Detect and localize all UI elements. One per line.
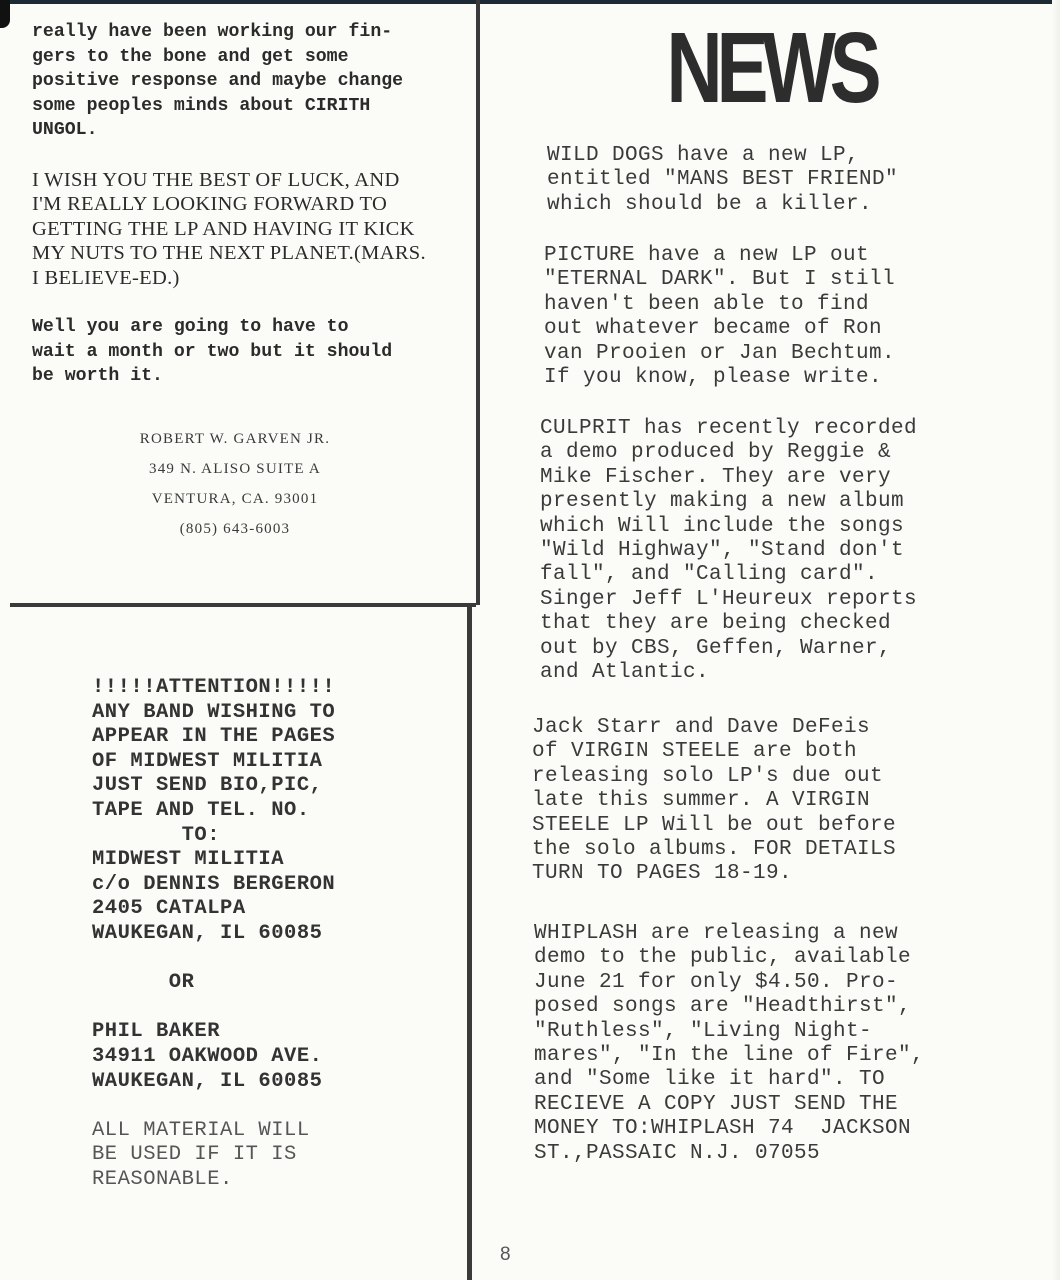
text-line: and "Some like it hard". TO xyxy=(534,1068,924,1092)
text-line: mares", "In the line of Fire", xyxy=(534,1044,924,1068)
text-line: a demo produced by Reggie & xyxy=(540,441,917,465)
text-line: I BELIEVE-ED.) xyxy=(32,266,426,291)
text-line: "Ruthless", "Living Night- xyxy=(534,1020,924,1044)
text-line: Singer Jeff L'Heureux reports xyxy=(540,588,917,612)
text-line: out by CBS, Geffen, Warner, xyxy=(540,637,917,661)
page-top-edge xyxy=(0,0,1060,4)
letter-text: really have been working our fin- gers t… xyxy=(32,20,426,389)
text-line: releasing solo LP's due out xyxy=(532,765,896,789)
text-line: haven't been able to find xyxy=(544,293,895,317)
text-line: PICTURE have a new LP out xyxy=(544,244,895,268)
text-line: really have been working our fin- xyxy=(32,20,426,45)
text-line: posed songs are "Headthirst", xyxy=(534,995,924,1019)
text-line: WILD DOGS have a new LP, xyxy=(547,144,898,168)
address-line: MIDWEST MILITIA xyxy=(92,848,335,873)
text-line: STEELE LP Will be out before xyxy=(532,814,896,838)
text-line: that they are being checked xyxy=(540,612,917,636)
news-item-whiplash: WHIPLASH are releasing a newdemo to the … xyxy=(534,922,924,1166)
text-line: GETTING THE LP AND HAVING IT KICK xyxy=(32,217,426,242)
text-line: TURN TO PAGES 18-19. xyxy=(532,862,896,886)
text-line: be worth it. xyxy=(32,364,426,389)
signature-street: 349 N. ALISO SUITE A xyxy=(0,454,470,484)
address-line: WAUKEGAN, IL 60085 xyxy=(92,1070,335,1095)
text-line: OF MIDWEST MILITIA xyxy=(92,750,335,775)
news-item-culprit: CULPRIT has recently recordeda demo prod… xyxy=(540,417,917,685)
letter-paragraph-1: really have been working our fin- gers t… xyxy=(32,20,426,143)
text-line: MY NUTS TO THE NEXT PLANET.(MARS. xyxy=(32,241,426,266)
text-line: gers to the bone and get some xyxy=(32,45,426,70)
to-label: TO: xyxy=(92,824,335,849)
text-line: TAPE AND TEL. NO. xyxy=(92,799,335,824)
news-item-virgin-steele: Jack Starr and Dave DeFeisof VIRGIN STEE… xyxy=(532,716,896,887)
text-line: WHIPLASH are releasing a new xyxy=(534,922,924,946)
text-line: June 21 for only $4.50. Pro- xyxy=(534,971,924,995)
signature-name: ROBERT W. GARVEN JR. xyxy=(0,424,470,454)
text-line: which should be a killer. xyxy=(547,193,898,217)
text-line: presently making a new album xyxy=(540,490,917,514)
letter-paragraph-2: I WISH YOU THE BEST OF LUCK, AND I'M REA… xyxy=(32,168,426,291)
or-label: OR xyxy=(92,971,335,996)
text-line: Well you are going to have to xyxy=(32,315,426,340)
signature-block: ROBERT W. GARVEN JR. 349 N. ALISO SUITE … xyxy=(0,424,470,544)
text-line: some peoples minds about CIRITH xyxy=(32,94,426,119)
text-line: "ETERNAL DARK". But I still xyxy=(544,268,895,292)
footer-line: BE USED IF IT IS xyxy=(92,1143,335,1168)
column-divider-upper xyxy=(476,0,480,605)
text-line: the solo albums. FOR DETAILS xyxy=(532,838,896,862)
text-line: fall", and "Calling card". xyxy=(540,563,917,587)
news-item-wild-dogs: WILD DOGS have a new LP,entitled "MANS B… xyxy=(547,144,898,217)
column-divider-lower xyxy=(467,605,472,1280)
page-right-edge xyxy=(1052,0,1060,1280)
address-line: c/o DENNIS BERGERON xyxy=(92,873,335,898)
text-line: I'M REALLY LOOKING FORWARD TO xyxy=(32,192,426,217)
letter-paragraph-3: Well you are going to have to wait a mon… xyxy=(32,315,426,389)
text-line: I WISH YOU THE BEST OF LUCK, AND xyxy=(32,168,426,193)
page-number: 8 xyxy=(500,1244,511,1266)
section-divider xyxy=(10,603,476,607)
text-line: JUST SEND BIO,PIC, xyxy=(92,774,335,799)
address-line: 2405 CATALPA xyxy=(92,897,335,922)
text-line: ST.,PASSAIC N.J. 07055 xyxy=(534,1142,924,1166)
text-line: late this summer. A VIRGIN xyxy=(532,789,896,813)
text-line: MONEY TO:WHIPLASH 74 JACKSON xyxy=(534,1117,924,1141)
address-line: WAUKEGAN, IL 60085 xyxy=(92,922,335,947)
text-line: Mike Fischer. They are very xyxy=(540,466,917,490)
attention-notice: !!!!!ATTENTION!!!!! ANY BAND WISHING TO … xyxy=(92,676,335,1192)
footer-line: ALL MATERIAL WILL xyxy=(92,1119,335,1144)
text-line: which Will include the songs xyxy=(540,515,917,539)
text-line: CULPRIT has recently recorded xyxy=(540,417,917,441)
address-line: 34911 OAKWOOD AVE. xyxy=(92,1045,335,1070)
signature-city: VENTURA, CA. 93001 xyxy=(0,484,470,514)
text-line: "Wild Highway", "Stand don't xyxy=(540,539,917,563)
text-line: RECIEVE A COPY JUST SEND THE xyxy=(534,1093,924,1117)
news-item-picture: PICTURE have a new LP out"ETERNAL DARK".… xyxy=(544,244,895,390)
text-line: wait a month or two but it should xyxy=(32,340,426,365)
text-line: UNGOL. xyxy=(32,118,426,143)
text-line: If you know, please write. xyxy=(544,366,895,390)
text-line: ANY BAND WISHING TO xyxy=(92,701,335,726)
address-line: PHIL BAKER xyxy=(92,1020,335,1045)
news-heading: NEWS xyxy=(666,18,853,118)
text-line: out whatever became of Ron xyxy=(544,317,895,341)
text-line: of VIRGIN STEELE are both xyxy=(532,740,896,764)
text-line: positive response and maybe change xyxy=(32,69,426,94)
text-line: entitled "MANS BEST FRIEND" xyxy=(547,168,898,192)
text-line: van Prooien or Jan Bechtum. xyxy=(544,342,895,366)
text-line: APPEAR IN THE PAGES xyxy=(92,725,335,750)
page-corner-mark xyxy=(0,0,10,28)
text-line: and Atlantic. xyxy=(540,661,917,685)
text-line: demo to the public, available xyxy=(534,946,924,970)
text-line: Jack Starr and Dave DeFeis xyxy=(532,716,896,740)
signature-phone: (805) 643-6003 xyxy=(0,514,470,544)
footer-line: REASONABLE. xyxy=(92,1168,335,1193)
attention-heading: !!!!!ATTENTION!!!!! xyxy=(92,676,335,701)
